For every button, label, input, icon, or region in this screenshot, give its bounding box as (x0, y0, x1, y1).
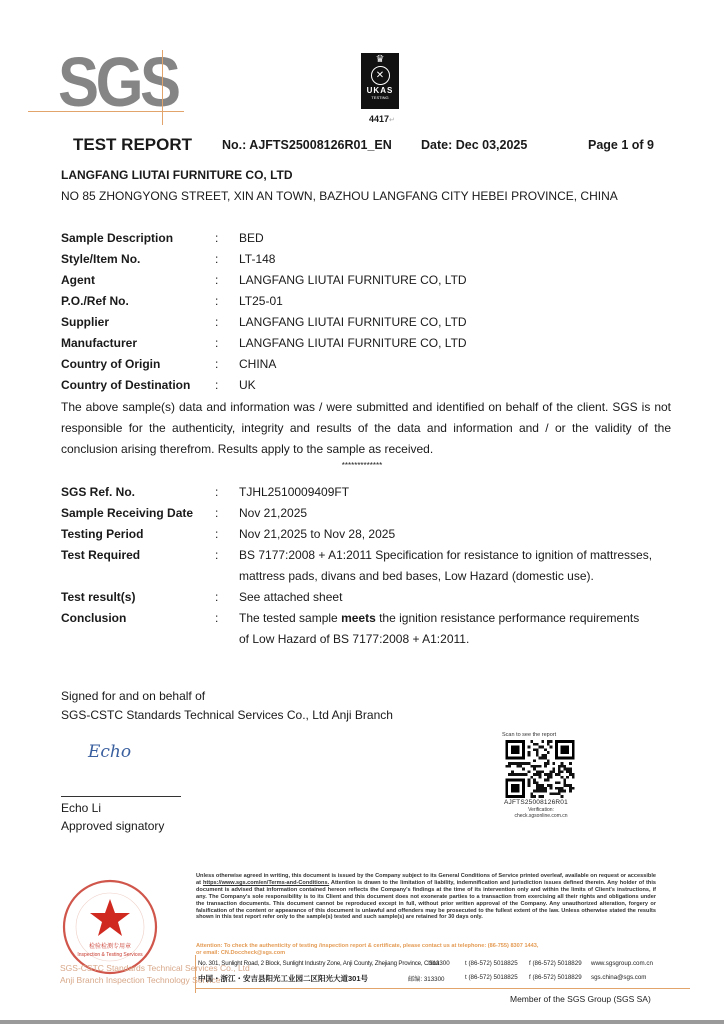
crown-icon: ♛ (361, 55, 399, 65)
info-value: Nov 21,2025 (239, 503, 307, 524)
page-bottom-edge (0, 1020, 724, 1024)
separator: : (215, 249, 218, 270)
report-number: No.: AJFTS25008126R01_EN (222, 138, 392, 152)
info-label: Test Required (61, 545, 140, 566)
email-link[interactable]: sgs.china@sgs.com (591, 974, 646, 981)
separator: : (215, 354, 218, 375)
info-label: Agent (61, 270, 95, 291)
signatory-title: Approved signatory (61, 817, 164, 835)
postcode-chinese: 邮编: 313300 (408, 974, 444, 983)
info-label: Manufacturer (61, 333, 137, 354)
svg-text:Inspection & Testing Services: Inspection & Testing Services (77, 952, 143, 958)
postcode-english: 313300 (429, 960, 450, 967)
telephone: t (86-572) 5018825 (465, 960, 518, 967)
signatory: Echo Li Approved signatory (61, 799, 164, 835)
info-label: Test result(s) (61, 587, 135, 608)
info-value: CHINA (239, 354, 276, 375)
handwritten-signature: Echo (88, 742, 131, 762)
logo-divider-horizontal (28, 111, 184, 112)
sgs-logo: SGS (58, 52, 178, 112)
info-label: Supplier (61, 312, 109, 333)
info-label: Style/Item No. (61, 249, 140, 270)
info-value: LT-148 (239, 249, 275, 270)
qr-code-icon[interactable] (505, 740, 575, 798)
fax: f (86-572) 5018829 (529, 960, 582, 967)
section-separator: ************* (0, 461, 724, 470)
separator: : (215, 524, 218, 545)
footer-divider (195, 988, 690, 989)
separator: : (215, 587, 218, 608)
client-name: LANGFANG LIUTAI FURNITURE CO, LTD (61, 168, 293, 182)
info-value: LT25-01 (239, 291, 283, 312)
info-value: LANGFANG LIUTAI FURNITURE CO, LTD (239, 333, 467, 354)
info-value: Nov 21,2025 to Nov 28, 2025 (239, 524, 395, 545)
client-address: NO 85 ZHONGYONG STREET, XIN AN TOWN, BAZ… (61, 189, 618, 203)
signing-company: SGS-CSTC Standards Technical Services Co… (61, 706, 393, 725)
separator: : (215, 312, 218, 333)
info-value: TJHL2510009409FT (239, 482, 349, 503)
conclusion-value: The tested sample meets the ignition res… (239, 608, 639, 650)
signatory-name: Echo Li (61, 799, 164, 817)
signature-line (61, 796, 181, 797)
ukas-sub: TESTING (361, 95, 399, 101)
info-value: UK (239, 375, 256, 396)
ukas-accreditation-mark: ♛ ✕ UKAS TESTING (361, 53, 399, 109)
qr-caption: Scan to see the report (502, 732, 556, 738)
page-number: Page 1 of 9 (588, 138, 654, 152)
info-label: P.O./Ref No. (61, 291, 129, 312)
doccheck-email[interactable]: or email: CN.Doccheck@sgs.com (196, 950, 538, 957)
info-label: Sample Receiving Date (61, 503, 193, 524)
ukas-emblem-icon: ✕ (371, 66, 390, 85)
separator: : (215, 333, 218, 354)
info-value: LANGFANG LIUTAI FURNITURE CO, LTD (239, 312, 467, 333)
terms-link[interactable]: https://www.sgs.com/en/Terms-and-Conditi… (203, 880, 329, 886)
separator: : (215, 375, 218, 396)
qr-verification: Verification: check.sgsonline.com.cn (505, 807, 577, 819)
info-label: Sample Description (61, 228, 173, 249)
fax: f (86-572) 5018829 (529, 974, 582, 981)
conclusion-label: Conclusion (61, 608, 126, 629)
separator: : (215, 503, 218, 524)
telephone: t (86-572) 5018825 (465, 974, 518, 981)
separator: : (215, 482, 218, 503)
accreditation-number: 4417↵ (369, 114, 395, 124)
info-label: Testing Period (61, 524, 143, 545)
separator: : (215, 270, 218, 291)
info-value: BED (239, 228, 264, 249)
separator: : (215, 228, 218, 249)
report-date: Date: Dec 03,2025 (421, 138, 527, 152)
signed-on-behalf: Signed for and on behalf of SGS-CSTC Sta… (61, 687, 393, 725)
page-title: TEST REPORT (73, 135, 192, 155)
info-label: Country of Origin (61, 354, 160, 375)
qr-report-id: AJFTS25008126R01 (504, 799, 568, 806)
separator: : (215, 608, 218, 629)
return-icon: ↵ (389, 117, 395, 124)
ukas-name: UKAS (361, 86, 399, 95)
legal-terms: Unless otherwise agreed in writing, this… (196, 873, 656, 921)
website-link[interactable]: www.sgsgroup.com.cn (591, 960, 653, 967)
authenticity-notice: Attention: To check the authenticity of … (196, 943, 538, 957)
verification-link[interactable]: check.sgsonline.com.cn (505, 813, 577, 819)
member-statement: Member of the SGS Group (SGS SA) (510, 994, 651, 1004)
conclusion-verdict: meets (341, 611, 376, 625)
svg-text:检验检测专用章: 检验检测专用章 (89, 942, 131, 950)
info-label: Country of Destination (61, 375, 190, 396)
client-disclaimer: The above sample(s) data and information… (61, 397, 671, 460)
separator: : (215, 545, 218, 566)
separator: : (215, 291, 218, 312)
info-value: LANGFANG LIUTAI FURNITURE CO, LTD (239, 270, 467, 291)
info-label: SGS Ref. No. (61, 482, 135, 503)
address-english: No. 301, Sunlight Road, 2 Block, Sunligh… (198, 960, 439, 967)
info-value: See attached sheet (239, 587, 342, 608)
info-value: BS 7177:2008 + A1:2011 Specification for… (239, 545, 652, 587)
address-chinese: 中国・浙江・安吉县阳光工业园二区阳光大道301号 (198, 973, 368, 984)
logo-divider-vertical (162, 50, 163, 125)
